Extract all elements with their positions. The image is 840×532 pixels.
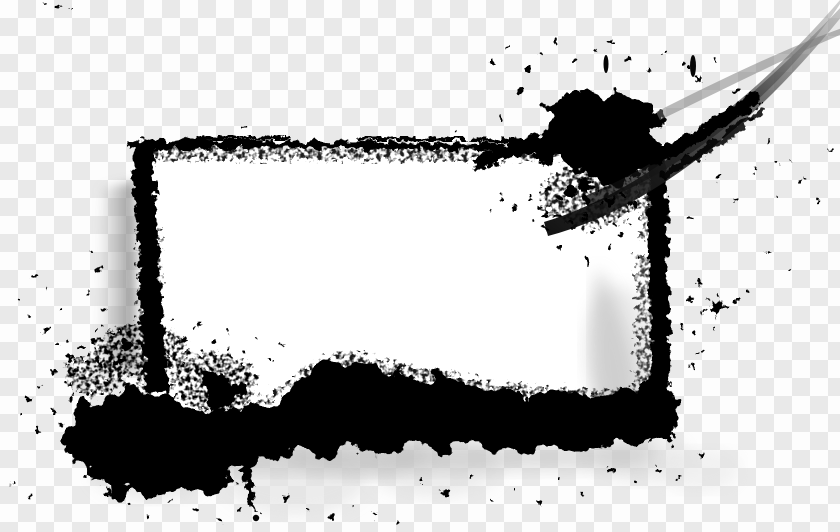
ink-droplet xyxy=(690,55,696,77)
transparency-checkerboard xyxy=(0,0,840,532)
ink-brush-frame-artwork xyxy=(0,0,840,532)
right-side-splat xyxy=(708,298,728,318)
